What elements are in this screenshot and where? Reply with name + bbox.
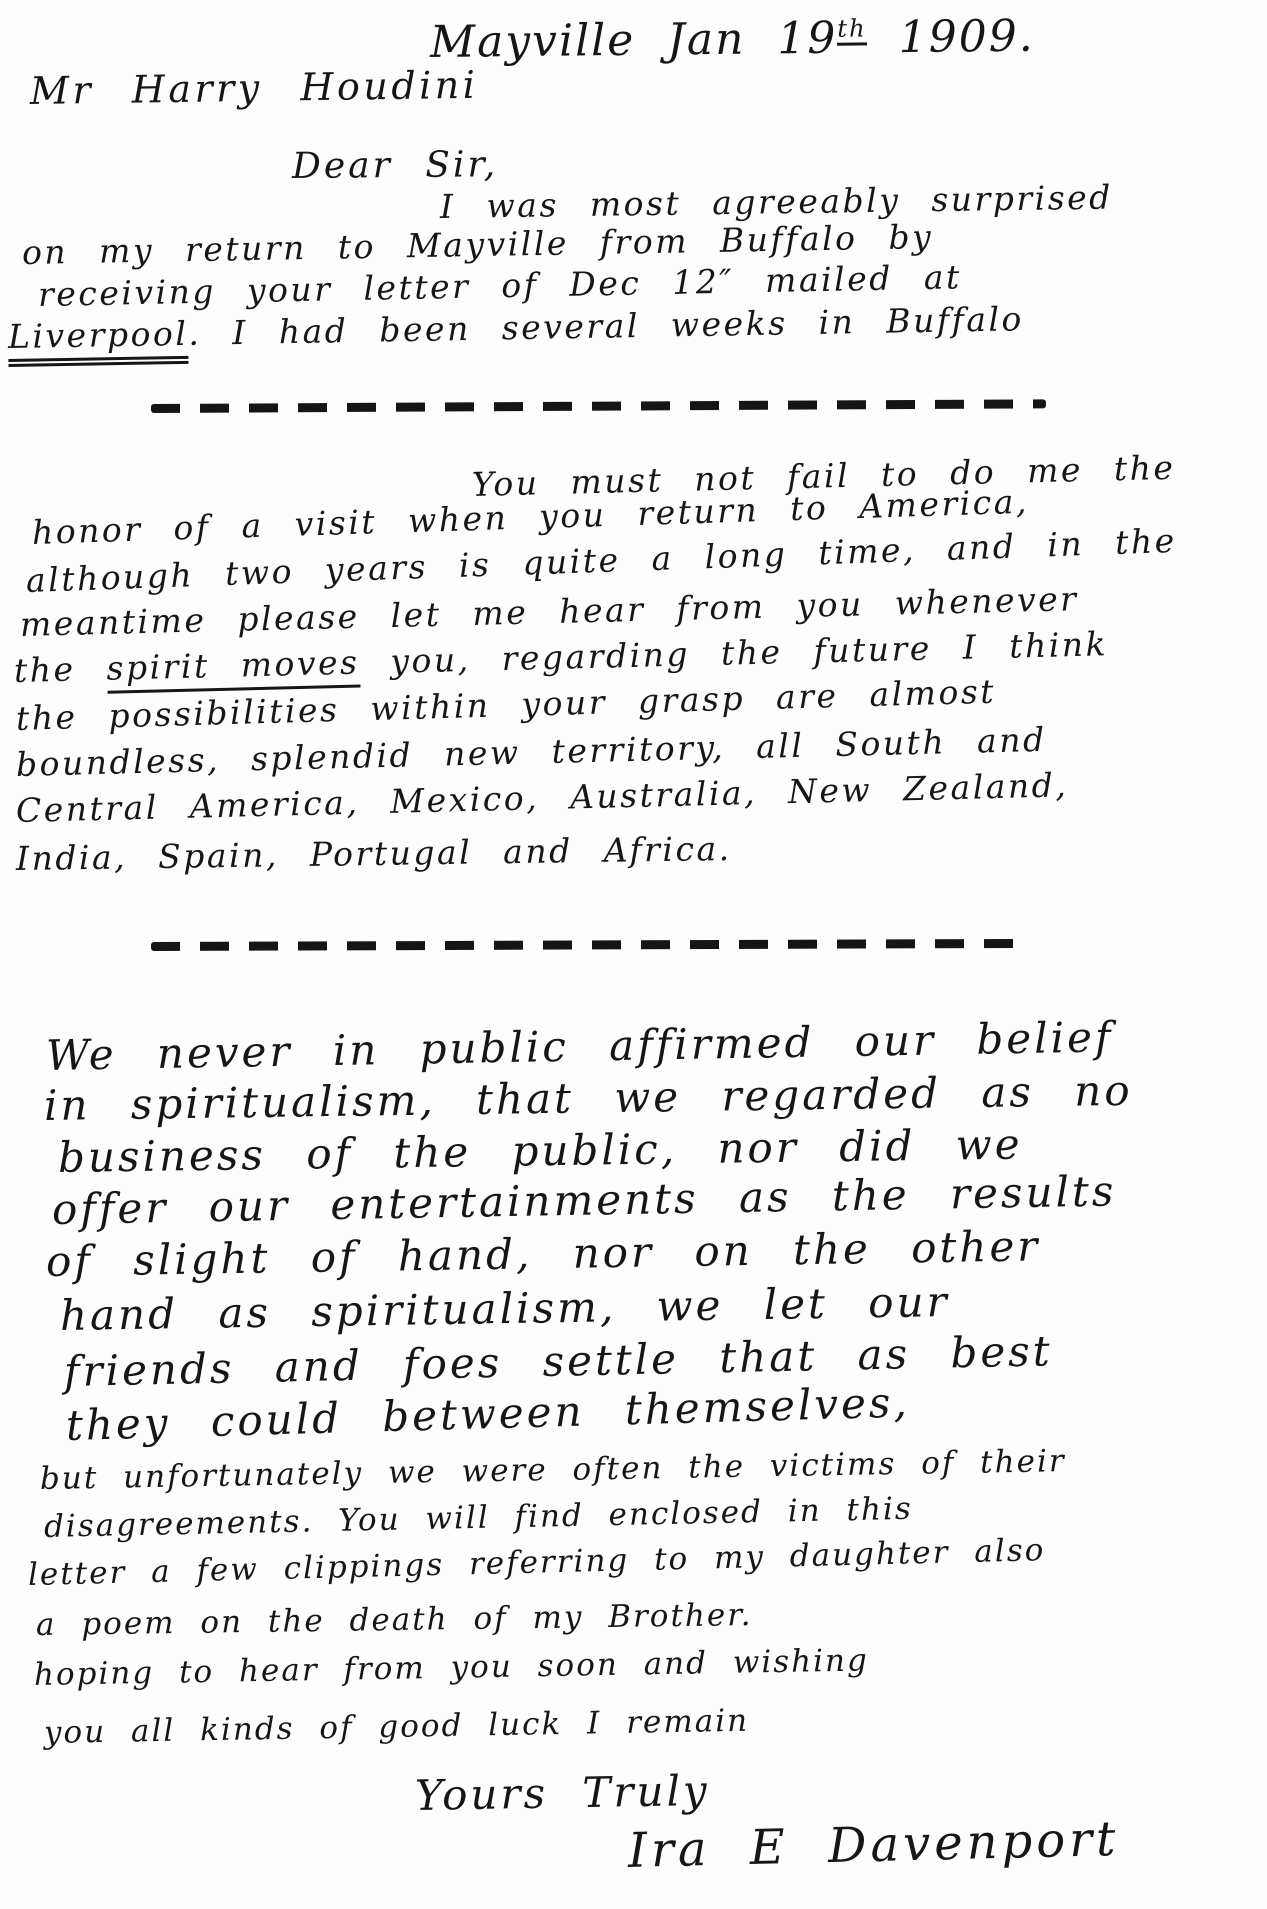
letter-line: of slight of hand, nor on the other	[46, 1222, 1041, 1286]
letter-line: but unfortunately we were often the vict…	[40, 1444, 1066, 1498]
letter-line: you all kinds of good luck I remain	[44, 1704, 750, 1752]
signature: Ira E Davenport	[627, 1812, 1120, 1879]
dashed-separator-2	[151, 939, 1026, 951]
letter-document: Mayville Jan 19th 1909. Mr Harry Houdini…	[0, 0, 1267, 1909]
letter-line: hoping to hear from you soon and wishing	[34, 1643, 869, 1693]
dateline: Mayville Jan 19th 1909.	[430, 12, 1035, 69]
letter-line: a poem on the death of my Brother.	[36, 1598, 753, 1644]
dateline-year: 1909.	[866, 11, 1034, 64]
recipient: Mr Harry Houdini	[30, 64, 479, 114]
underlined-word: Liverpool	[8, 314, 189, 367]
salutation: Dear Sir,	[292, 144, 499, 187]
dashed-separator-1	[151, 399, 1046, 413]
letter-line: India, Spain, Portugal and Africa.	[16, 830, 732, 878]
dateline-text: Mayville Jan 19	[430, 13, 838, 68]
underlined-phrase: spirit moves	[106, 643, 360, 694]
dateline-ordinal: th	[837, 15, 867, 46]
closing: Yours Truly	[415, 1767, 711, 1820]
letter-line-text: the	[14, 649, 107, 690]
